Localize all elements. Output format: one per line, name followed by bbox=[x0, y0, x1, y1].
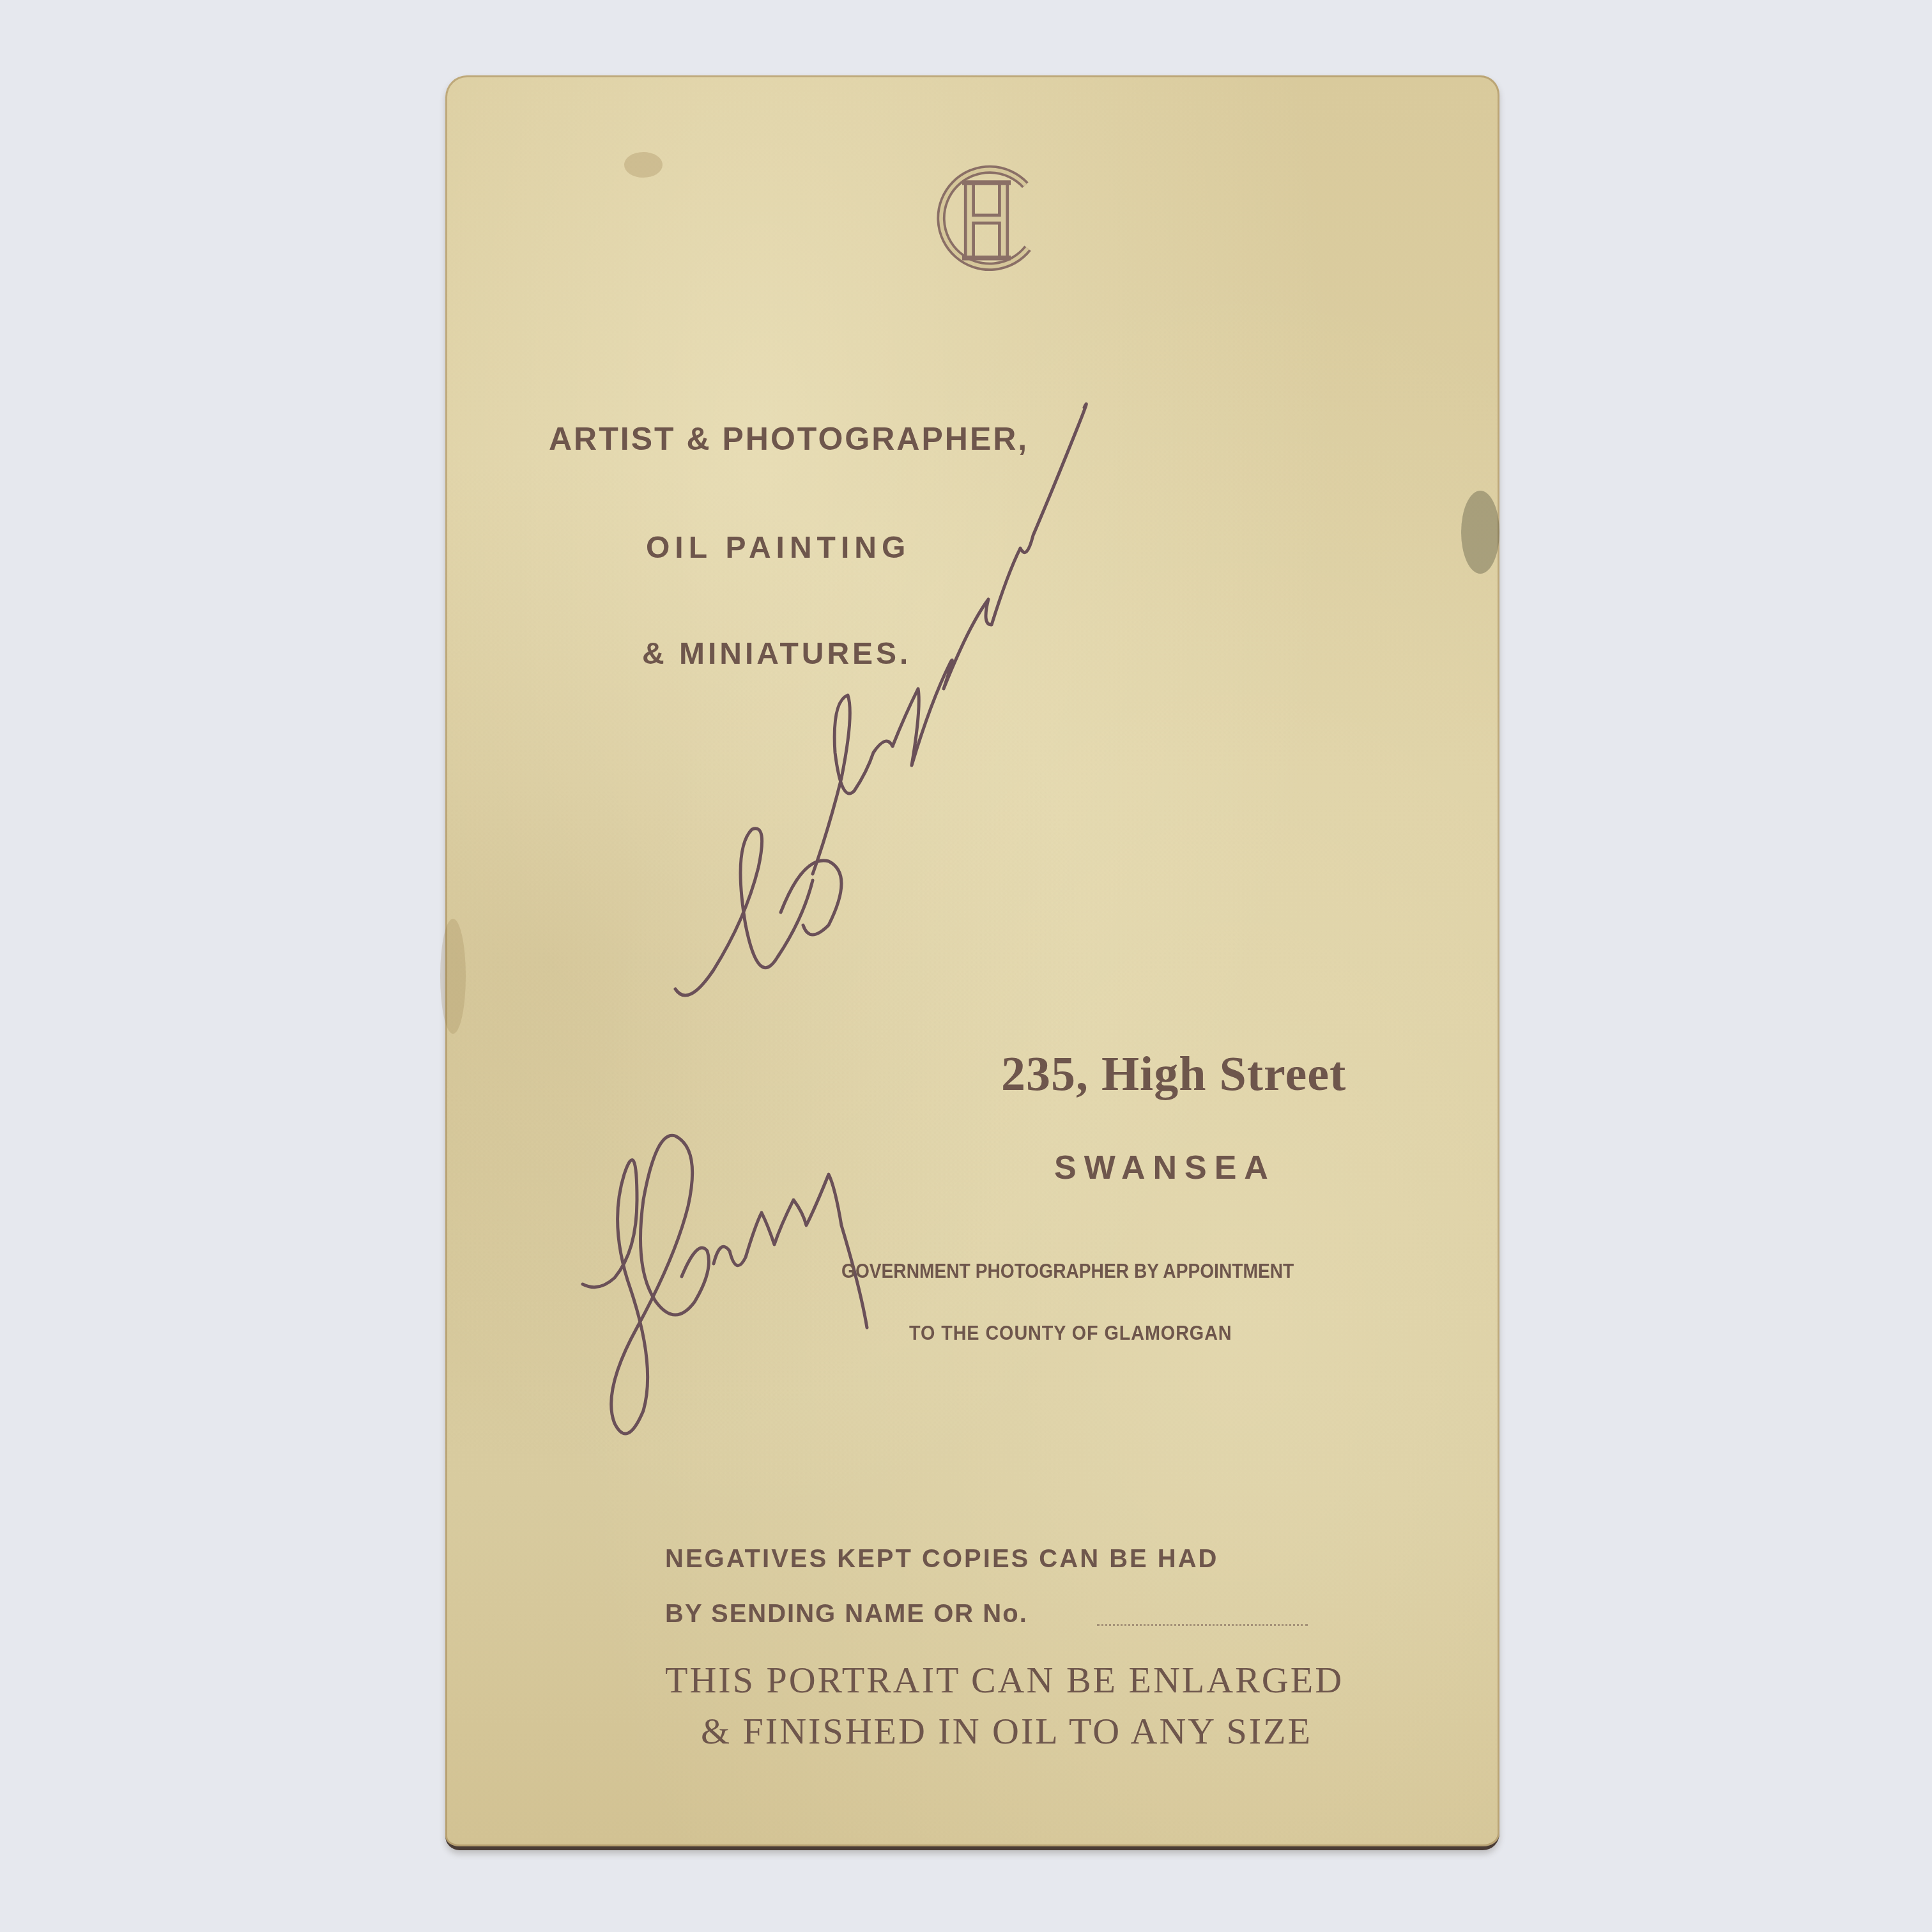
number-blank-line bbox=[1097, 1624, 1308, 1626]
cabinet-card-back: ARTIST & PHOTOGRAPHER, OIL PAINTING & MI… bbox=[445, 75, 1499, 1850]
appointment-line-2: TO THE COUNTY OF GLAMORGAN bbox=[909, 1321, 1232, 1345]
heading-line-miniatures: & MINIATURES. bbox=[642, 636, 911, 671]
portrait-line-1: THIS PORTRAIT CAN BE ENLARGED bbox=[665, 1659, 1344, 1701]
appointment-line-1: GOVERNMENT PHOTOGRAPHER BY APPOINTMENT bbox=[841, 1259, 1294, 1283]
heading-line-artist: ARTIST & PHOTOGRAPHER, bbox=[549, 420, 1029, 457]
heading-line-oil-painting: OIL PAINTING bbox=[646, 530, 910, 565]
stain bbox=[440, 919, 466, 1034]
negatives-line-1: NEGATIVES KEPT COPIES CAN BE HAD bbox=[665, 1545, 1218, 1574]
studio-address: 235, High Street bbox=[1001, 1046, 1346, 1102]
studio-city: SWANSEA bbox=[1054, 1149, 1276, 1187]
portrait-line-2: & FINISHED IN OIL TO ANY SIZE bbox=[701, 1710, 1312, 1752]
negatives-line-2: BY SENDING NAME OR No. bbox=[665, 1600, 1028, 1629]
handwritten-signature bbox=[445, 75, 1499, 1846]
stain bbox=[1461, 491, 1499, 574]
monogram-logo-icon bbox=[926, 158, 1047, 280]
stain bbox=[624, 152, 663, 178]
